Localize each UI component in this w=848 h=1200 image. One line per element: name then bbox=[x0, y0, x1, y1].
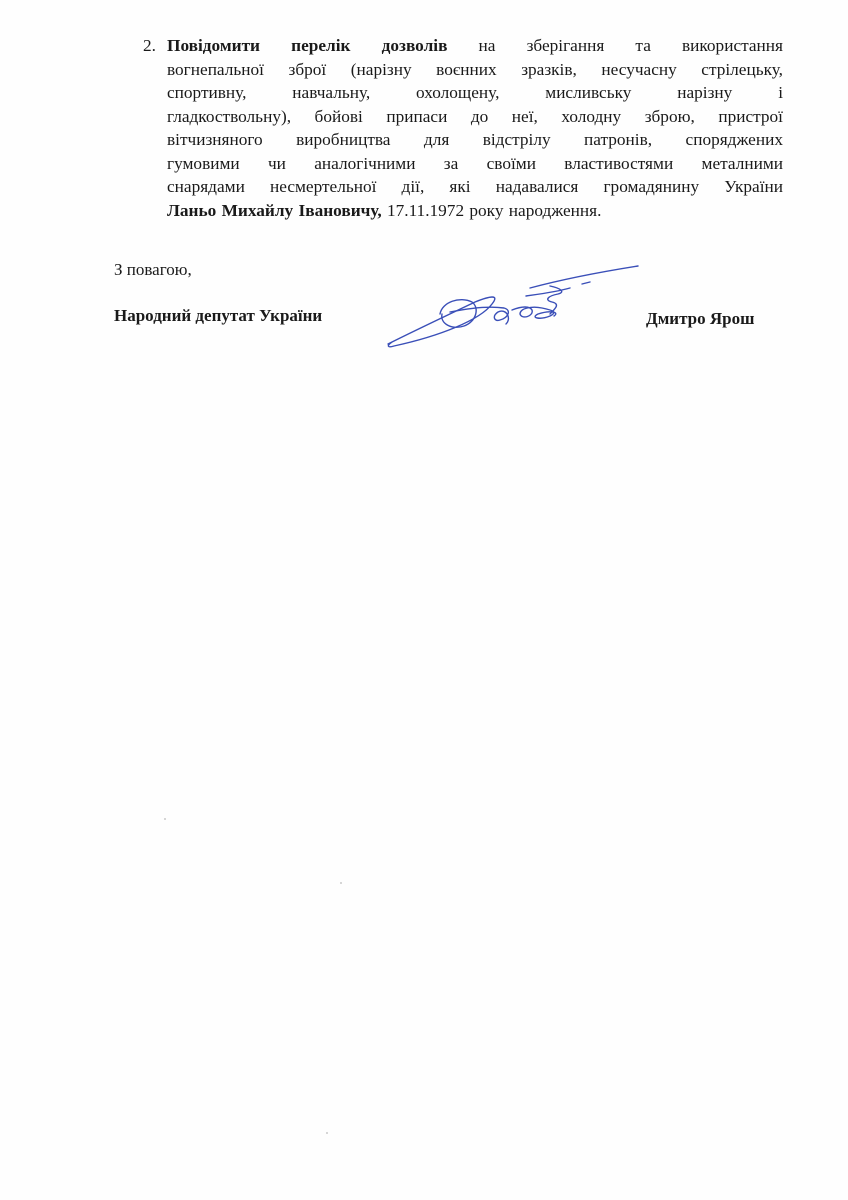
list-item-2: 2. Повідомити перелік дозволів на зберіг… bbox=[143, 34, 783, 222]
paragraph-line: снарядами несмертельної дії, які надавал… bbox=[167, 175, 783, 199]
paragraph-line: гумовими чи аналогічними за своїми власт… bbox=[167, 152, 783, 176]
closing-salutation: З повагою, bbox=[114, 260, 192, 280]
scan-artifact bbox=[326, 1132, 328, 1134]
scan-artifact bbox=[164, 818, 166, 820]
paragraph-line: вітчизняного виробництва для відстрілу п… bbox=[167, 128, 783, 152]
paragraph-line: Ланьо Михайлу Івановичу, 17.11.1972 року… bbox=[167, 199, 783, 223]
bold-phrase: Повідомити перелік дозволів bbox=[167, 36, 447, 55]
paragraph-line: вогнепальної зброї (нарізну воєнних зраз… bbox=[167, 58, 783, 82]
citizen-name: Ланьо Михайлу Івановичу, bbox=[167, 201, 382, 220]
signer-position: Народний депутат України bbox=[114, 306, 322, 326]
signer-name: Дмитро Ярош bbox=[646, 309, 754, 329]
list-item-number: 2. bbox=[143, 34, 167, 58]
paragraph-line: гладкоствольну), бойові припаси до неї, … bbox=[167, 105, 783, 129]
document-page: 2. Повідомити перелік дозволів на зберіг… bbox=[0, 0, 848, 1200]
scan-artifact bbox=[340, 882, 342, 884]
list-item-body: Повідомити перелік дозволів на зберіганн… bbox=[167, 34, 783, 222]
signature-image bbox=[380, 258, 650, 353]
paragraph-line: спортивну, навчальну, охолощену, мисливс… bbox=[167, 81, 783, 105]
paragraph-line: Повідомити перелік дозволів на зберіганн… bbox=[167, 34, 783, 58]
